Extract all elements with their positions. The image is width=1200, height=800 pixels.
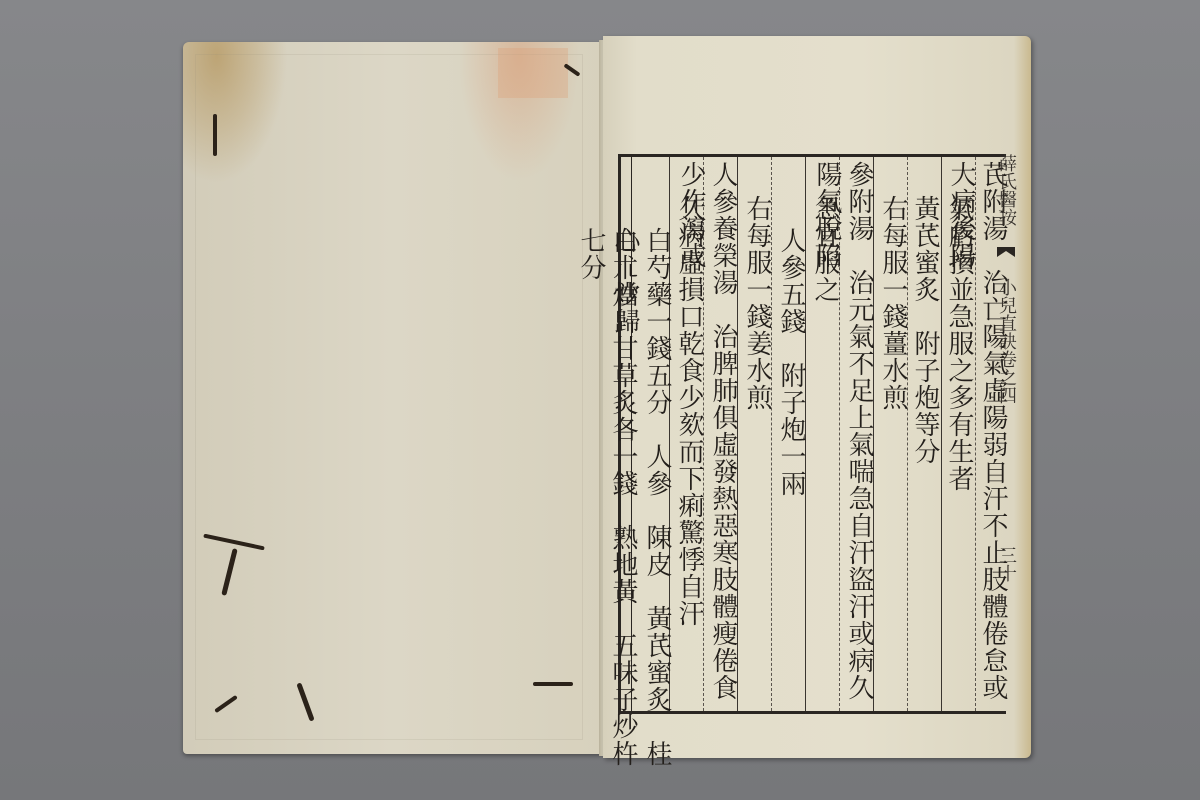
margin-title: 薛氏醫按 [996,154,1017,226]
fishtail-mark-icon [997,247,1015,257]
text-column-9: 人參養榮湯 治脾肺俱虛發熱惡寒肢體瘦倦食少作瀉或 [707,161,739,709]
text-column-7: 人參五錢 附子炮一兩 [775,227,807,775]
printed-text-frame: 芪附湯 治亡陽氣虛陽弱自汗不止肢體倦怠或大病後陽 氣虧損並急服之多有生者 黃芪蜜… [618,154,1006,714]
text-column-3: 黃芪蜜炙 附子炮等分 [909,195,941,743]
text-column-4: 右每服一錢薑水煎 [877,195,909,743]
text-column-10: 久病虛損口乾食少欬而下痢驚悸自汗 [673,195,705,743]
text-column-6: 急宜服之 [809,195,841,743]
wormhole [533,682,573,686]
open-book: 芪附湯 治亡陽氣虛陽弱自汗不止肢體倦怠或大病後陽 氣虧損並急服之多有生者 黃芪蜜… [183,36,1031,758]
text-column-2: 氣虧損並急服之多有生者 [943,195,975,743]
margin-subtitle: 小兒直訣卷之四 [996,278,1017,404]
left-page [183,42,603,754]
wormhole [213,114,217,156]
paper-stain [498,48,568,98]
text-column-12: 白朮炒 甘草炙各一錢 熟地黃 五味子炒杵七分 [607,227,639,775]
text-column-8: 右每服一錢姜水煎 [741,195,773,743]
text-column-5: 參附湯 治元氣不足上氣喘急自汗盜汗或病久陽氣脫陷 [843,161,875,709]
folio-number: 三十 [996,546,1017,582]
left-page-show-through [195,54,583,740]
block-center-margin: 薛氏醫按 小兒直訣卷之四 三十 [993,154,1019,714]
text-column-11: 白芍藥一錢五分 人參 陳皮 黃芪蜜炙 桂心 當歸 [641,227,673,775]
